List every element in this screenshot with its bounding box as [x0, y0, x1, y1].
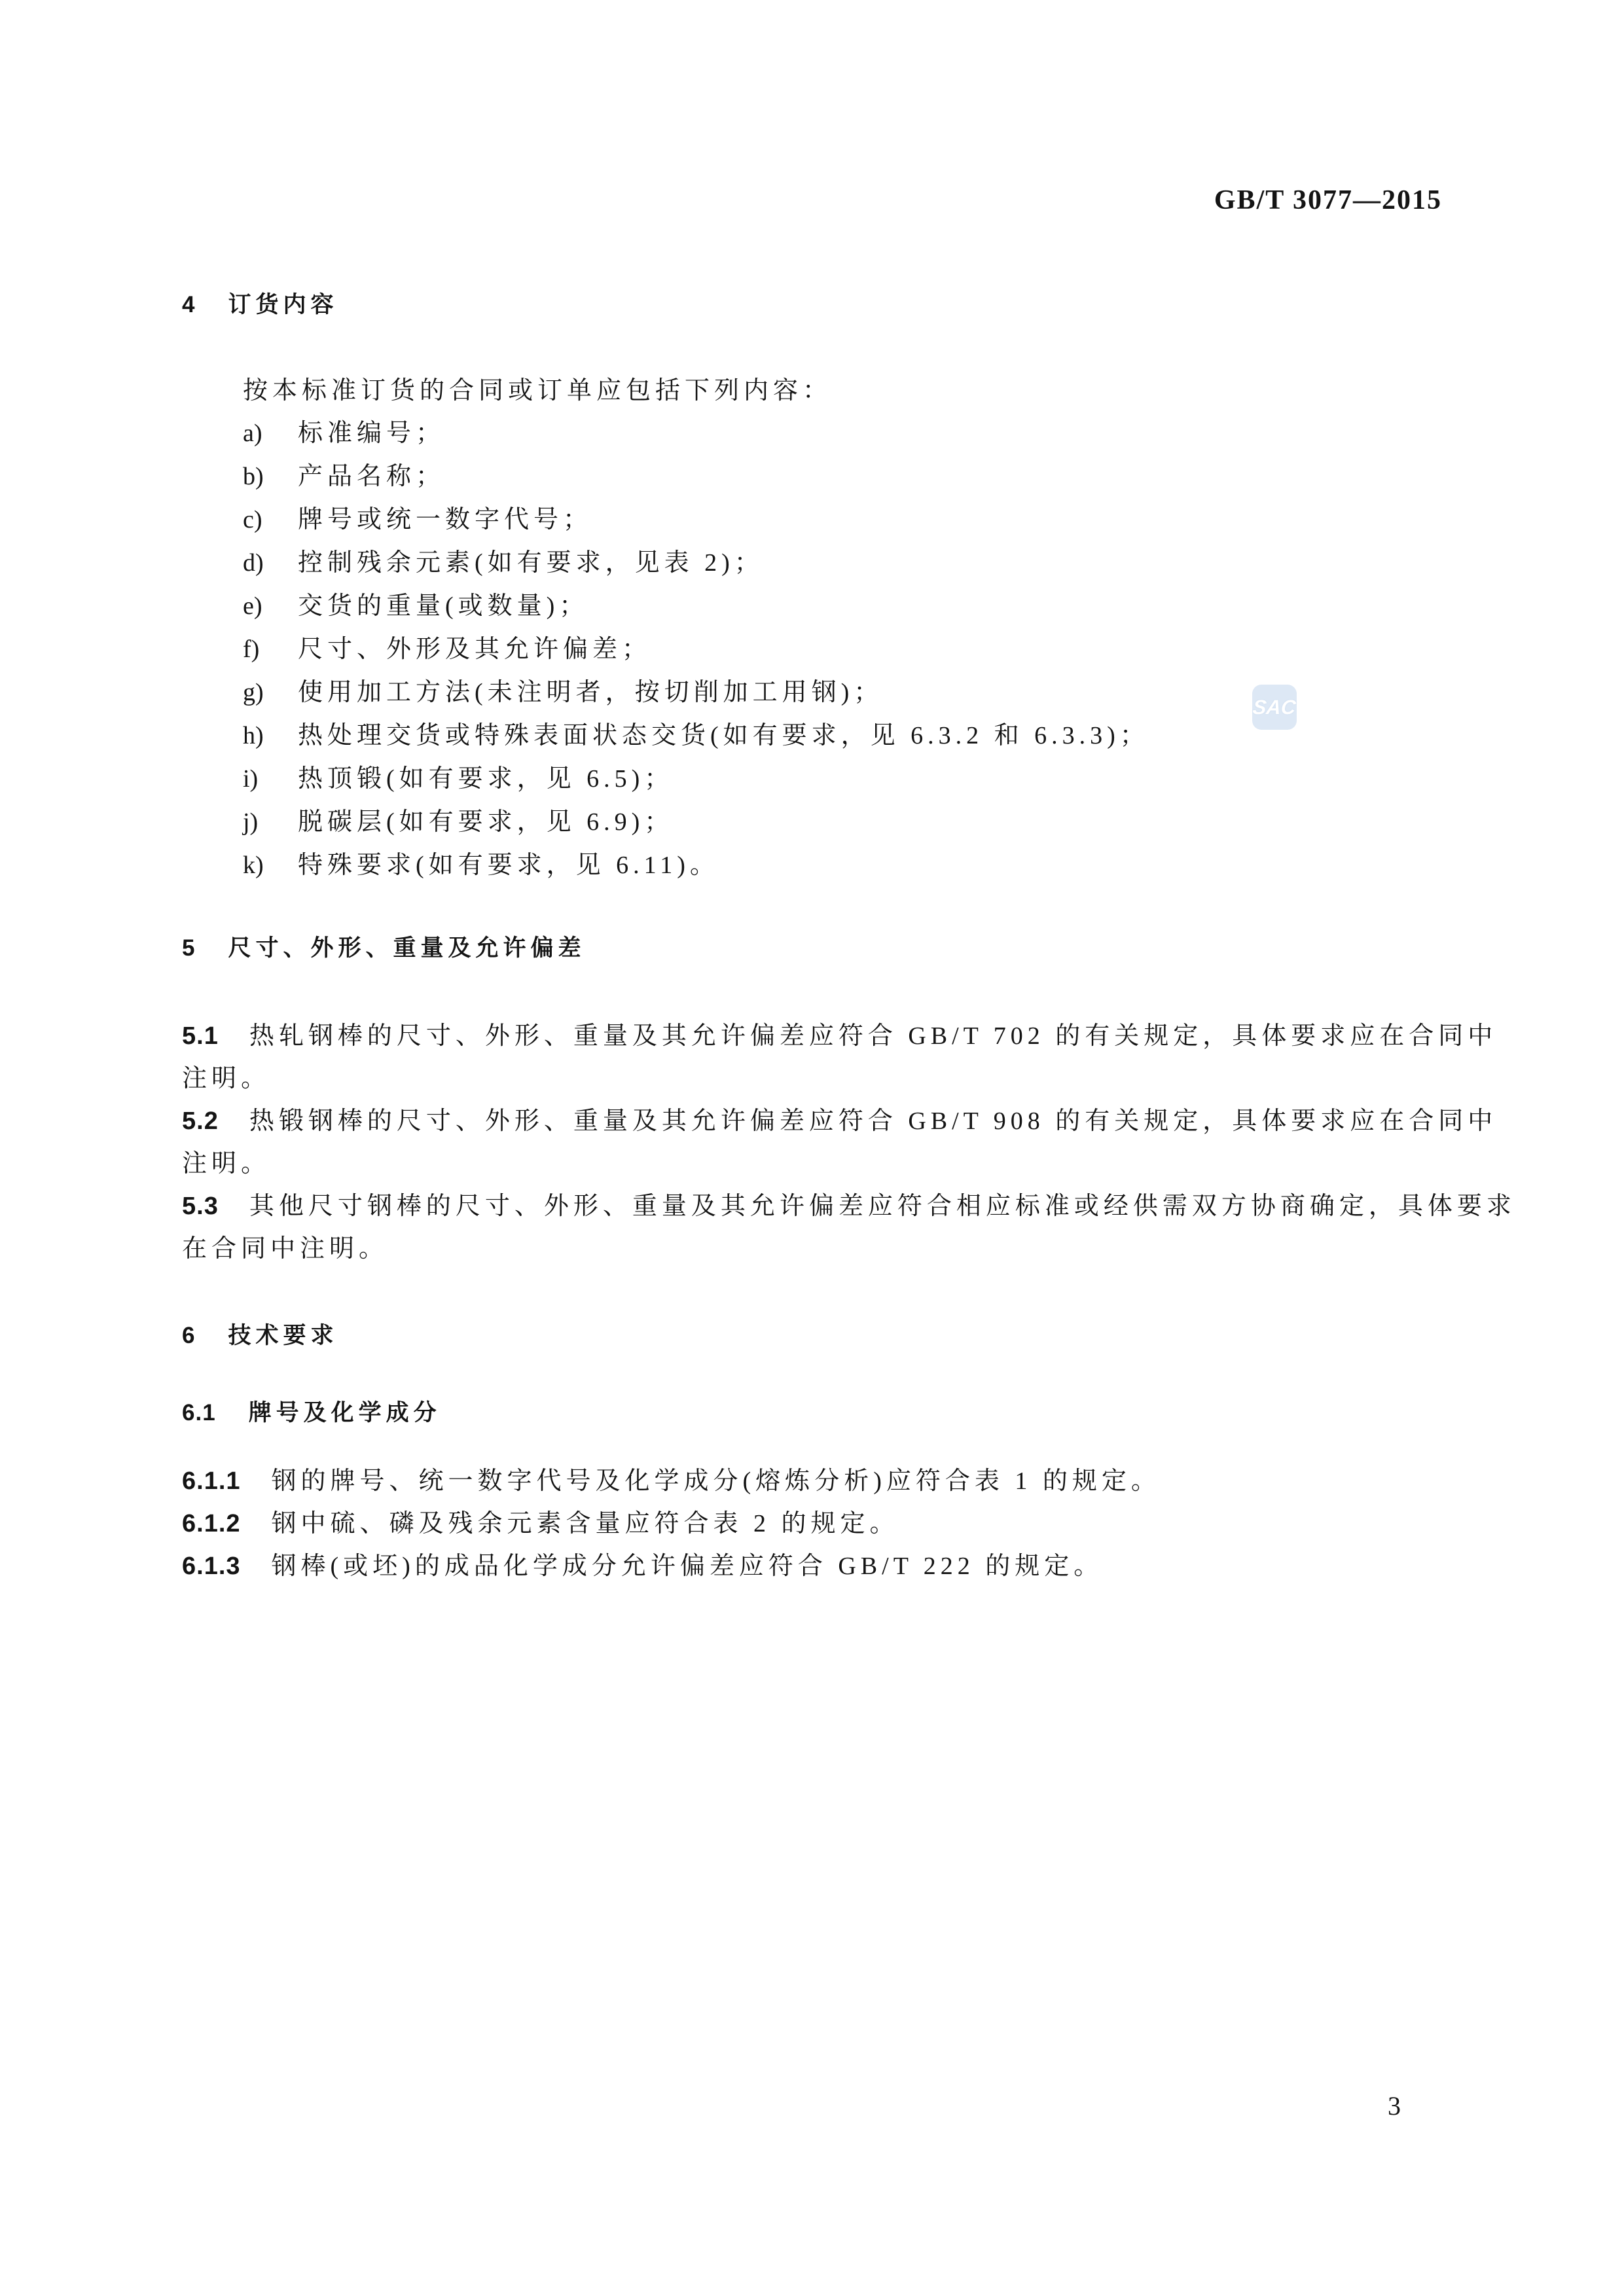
clause-number: 5.2	[182, 1107, 219, 1135]
list-item-letter: a)	[243, 420, 298, 446]
section-4-number: 4	[182, 292, 195, 317]
section-6-number: 6	[182, 1323, 195, 1348]
list-item-text: 使用加工方法(未注明者，按切削加工用钢)；	[298, 679, 883, 706]
list-item: g)使用加工方法(未注明者，按切削加工用钢)；	[243, 679, 1149, 723]
list-item-text: 牌号或统一数字代号；	[298, 507, 592, 533]
list-item-letter: i)	[243, 766, 298, 792]
list-item-letter: h)	[243, 723, 298, 749]
section-6-1-title: 牌号及化学成分	[249, 1400, 441, 1426]
page-number: 3	[1388, 2093, 1401, 2119]
list-item-text: 产品名称；	[298, 463, 445, 490]
standard-reference: GB/T 3077—2015	[1214, 185, 1442, 216]
clause-line: 5.2热锻钢棒的尺寸、外形、重量及其允许偏差应符合 GB/T 908 的有关规定…	[182, 1100, 1516, 1143]
list-item-text: 脱碳层(如有要求，见 6.9)；	[298, 809, 674, 835]
section-6-heading: 6技术要求	[182, 1324, 338, 1347]
list-item: k)特殊要求(如有要求，见 6.11)。	[243, 852, 1149, 895]
document-page: GB/T 3077—2015 4订货内容 按本标准订货的合同或订单应包括下列内容…	[0, 0, 1624, 2296]
clause-line: 注明。	[182, 1058, 1516, 1100]
sac-watermark-label: SAC	[1252, 697, 1297, 717]
clause-line: 6.1.2钢中硫、磷及残余元素含量应符合表 2 的规定。	[182, 1503, 1161, 1545]
list-item: i)热顶锻(如有要求，见 6.5)；	[243, 766, 1149, 809]
clause-number: 6.1.2	[182, 1510, 241, 1537]
list-item-letter: c)	[243, 507, 298, 533]
clause-5.1: 5.1热轧钢棒的尺寸、外形、重量及其允许偏差应符合 GB/T 702 的有关规定…	[182, 1015, 1516, 1100]
section-4-intro: 按本标准订货的合同或订单应包括下列内容：	[243, 378, 832, 404]
list-item-letter: b)	[243, 463, 298, 490]
sac-watermark-logo: SAC	[1252, 685, 1297, 730]
clause-5.3: 5.3其他尺寸钢棒的尺寸、外形、重量及其允许偏差应符合相应标准或经供需双方协商确…	[182, 1185, 1516, 1270]
list-item: h)热处理交货或特殊表面状态交货(如有要求，见 6.3.2 和 6.3.3)；	[243, 723, 1149, 766]
list-item-text: 热处理交货或特殊表面状态交货(如有要求，见 6.3.2 和 6.3.3)；	[298, 723, 1149, 749]
clause-number: 5.1	[182, 1022, 219, 1050]
list-item-letter: f)	[243, 636, 298, 662]
order-list: a)标准编号；b)产品名称；c)牌号或统一数字代号；d)控制残余元素(如有要求，…	[243, 420, 1149, 895]
list-item: b)产品名称；	[243, 463, 1149, 507]
clause-line: 6.1.3钢棒(或坯)的成品化学成分允许偏差应符合 GB/T 222 的规定。	[182, 1545, 1161, 1588]
list-item: e)交货的重量(或数量)；	[243, 593, 1149, 636]
section-5-clauses: 5.1热轧钢棒的尺寸、外形、重量及其允许偏差应符合 GB/T 702 的有关规定…	[182, 1015, 1516, 1270]
list-item: j)脱碳层(如有要求，见 6.9)；	[243, 809, 1149, 852]
section-6-1-heading: 6.1牌号及化学成分	[182, 1401, 441, 1424]
section-5-title: 尺寸、外形、重量及允许偏差	[228, 935, 585, 961]
list-item-text: 控制残余元素(如有要求，见表 2)；	[298, 550, 764, 576]
list-item: d)控制残余元素(如有要求，见表 2)；	[243, 550, 1149, 593]
list-item-text: 交货的重量(或数量)；	[298, 593, 588, 619]
clause-line: 5.1热轧钢棒的尺寸、外形、重量及其允许偏差应符合 GB/T 702 的有关规定…	[182, 1015, 1516, 1058]
section-6-title: 技术要求	[228, 1323, 338, 1348]
section-5-number: 5	[182, 935, 195, 961]
list-item-text: 热顶锻(如有要求，见 6.5)；	[298, 766, 674, 792]
list-item: f)尺寸、外形及其允许偏差；	[243, 636, 1149, 679]
list-item-letter: j)	[243, 809, 298, 835]
section-5-heading: 5尺寸、外形、重量及允许偏差	[182, 937, 585, 960]
clause-5.2: 5.2热锻钢棒的尺寸、外形、重量及其允许偏差应符合 GB/T 908 的有关规定…	[182, 1100, 1516, 1185]
clause-number: 5.3	[182, 1193, 219, 1220]
clause-line: 注明。	[182, 1143, 1516, 1185]
clause-6.1.2: 6.1.2钢中硫、磷及残余元素含量应符合表 2 的规定。	[182, 1503, 1161, 1545]
clause-number: 6.1.1	[182, 1467, 241, 1495]
section-4-heading: 4订货内容	[182, 293, 338, 316]
clause-6.1.1: 6.1.1钢的牌号、统一数字代号及化学成分(熔炼分析)应符合表 1 的规定。	[182, 1460, 1161, 1503]
list-item-letter: d)	[243, 550, 298, 576]
clause-line: 5.3其他尺寸钢棒的尺寸、外形、重量及其允许偏差应符合相应标准或经供需双方协商确…	[182, 1185, 1516, 1228]
clause-line: 6.1.1钢的牌号、统一数字代号及化学成分(熔炼分析)应符合表 1 的规定。	[182, 1460, 1161, 1503]
clause-6.1.3: 6.1.3钢棒(或坯)的成品化学成分允许偏差应符合 GB/T 222 的规定。	[182, 1545, 1161, 1588]
list-item-letter: e)	[243, 593, 298, 619]
list-item-letter: g)	[243, 679, 298, 706]
list-item-text: 特殊要求(如有要求，见 6.11)。	[298, 852, 719, 878]
list-item-text: 标准编号；	[298, 420, 445, 446]
list-item-letter: k)	[243, 852, 298, 878]
section-4-title: 订货内容	[228, 292, 338, 317]
list-item-text: 尺寸、外形及其允许偏差；	[298, 636, 651, 662]
clause-line: 在合同中注明。	[182, 1228, 1516, 1270]
clause-number: 6.1.3	[182, 1552, 241, 1580]
section-6-1-clauses: 6.1.1钢的牌号、统一数字代号及化学成分(熔炼分析)应符合表 1 的规定。6.…	[182, 1460, 1161, 1588]
list-item: a)标准编号；	[243, 420, 1149, 463]
list-item: c)牌号或统一数字代号；	[243, 507, 1149, 550]
section-6-1-number: 6.1	[182, 1400, 216, 1426]
